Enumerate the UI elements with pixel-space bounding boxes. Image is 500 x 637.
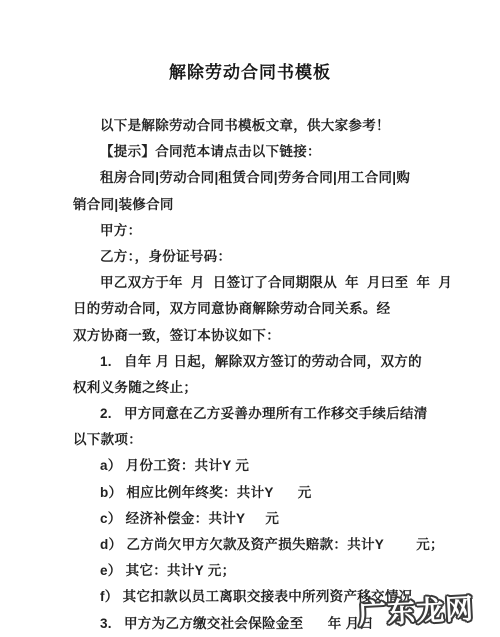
contract-links-line-1: 租房合同|劳动合同|租赁合同|劳务合同|用工合同|购 bbox=[73, 165, 493, 191]
clause-1-line-1: 1. 自年 月 日起，解除双方签订的劳动合同，双方的 bbox=[73, 349, 493, 375]
party-b-line: 乙方：，身份证号码： bbox=[73, 244, 493, 270]
document-title: 解除劳动合同书模板 bbox=[0, 58, 500, 83]
item-b-line: b） 相应比例年终奖：共计Y 元 bbox=[73, 480, 493, 506]
clause-2-line-2: 以下款项： bbox=[73, 427, 493, 453]
clause-2-line-1: 2. 甲方同意在乙方妥善办理所有工作移交手续后结清 bbox=[73, 401, 493, 427]
item-d-line: d） 乙方尚欠甲方欠款及资产损失赔款：共计Y 元； bbox=[73, 532, 493, 558]
party-a-line: 甲方： bbox=[73, 218, 493, 244]
hint-line: 【提示】合同范本请点击以下链接： bbox=[73, 139, 493, 165]
document-page: 解除劳动合同书模板 以下是解除劳动合同书模板文章，供大家参考！ 【提示】合同范本… bbox=[0, 0, 500, 637]
agreement-line-3: 双方协商一致，签订本协议如下： bbox=[73, 323, 493, 349]
watermark-text: 广东龙网 bbox=[357, 587, 475, 633]
document-body: 以下是解除劳动合同书模板文章，供大家参考！ 【提示】合同范本请点击以下链接： 租… bbox=[73, 113, 493, 637]
clause-1-line-2: 权利义务随之终止； bbox=[73, 375, 493, 401]
agreement-line-2: 日的劳动合同，双方同意协商解除劳动合同关系。经 bbox=[73, 296, 493, 322]
item-e-line: e） 其它：共计Y 元； bbox=[73, 558, 493, 584]
contract-links-line-2: 销合同|装修合同 bbox=[73, 192, 493, 218]
intro-line: 以下是解除劳动合同书模板文章，供大家参考！ bbox=[73, 113, 493, 139]
item-c-line: c） 经济补偿金：共计Y 元 bbox=[73, 506, 493, 532]
agreement-line-1: 甲乙双方于年 月 日签订了合同期限从 年 月曰至 年 月 bbox=[73, 270, 493, 296]
item-a-line: a） 月份工资：共计Y 元 bbox=[73, 453, 493, 479]
